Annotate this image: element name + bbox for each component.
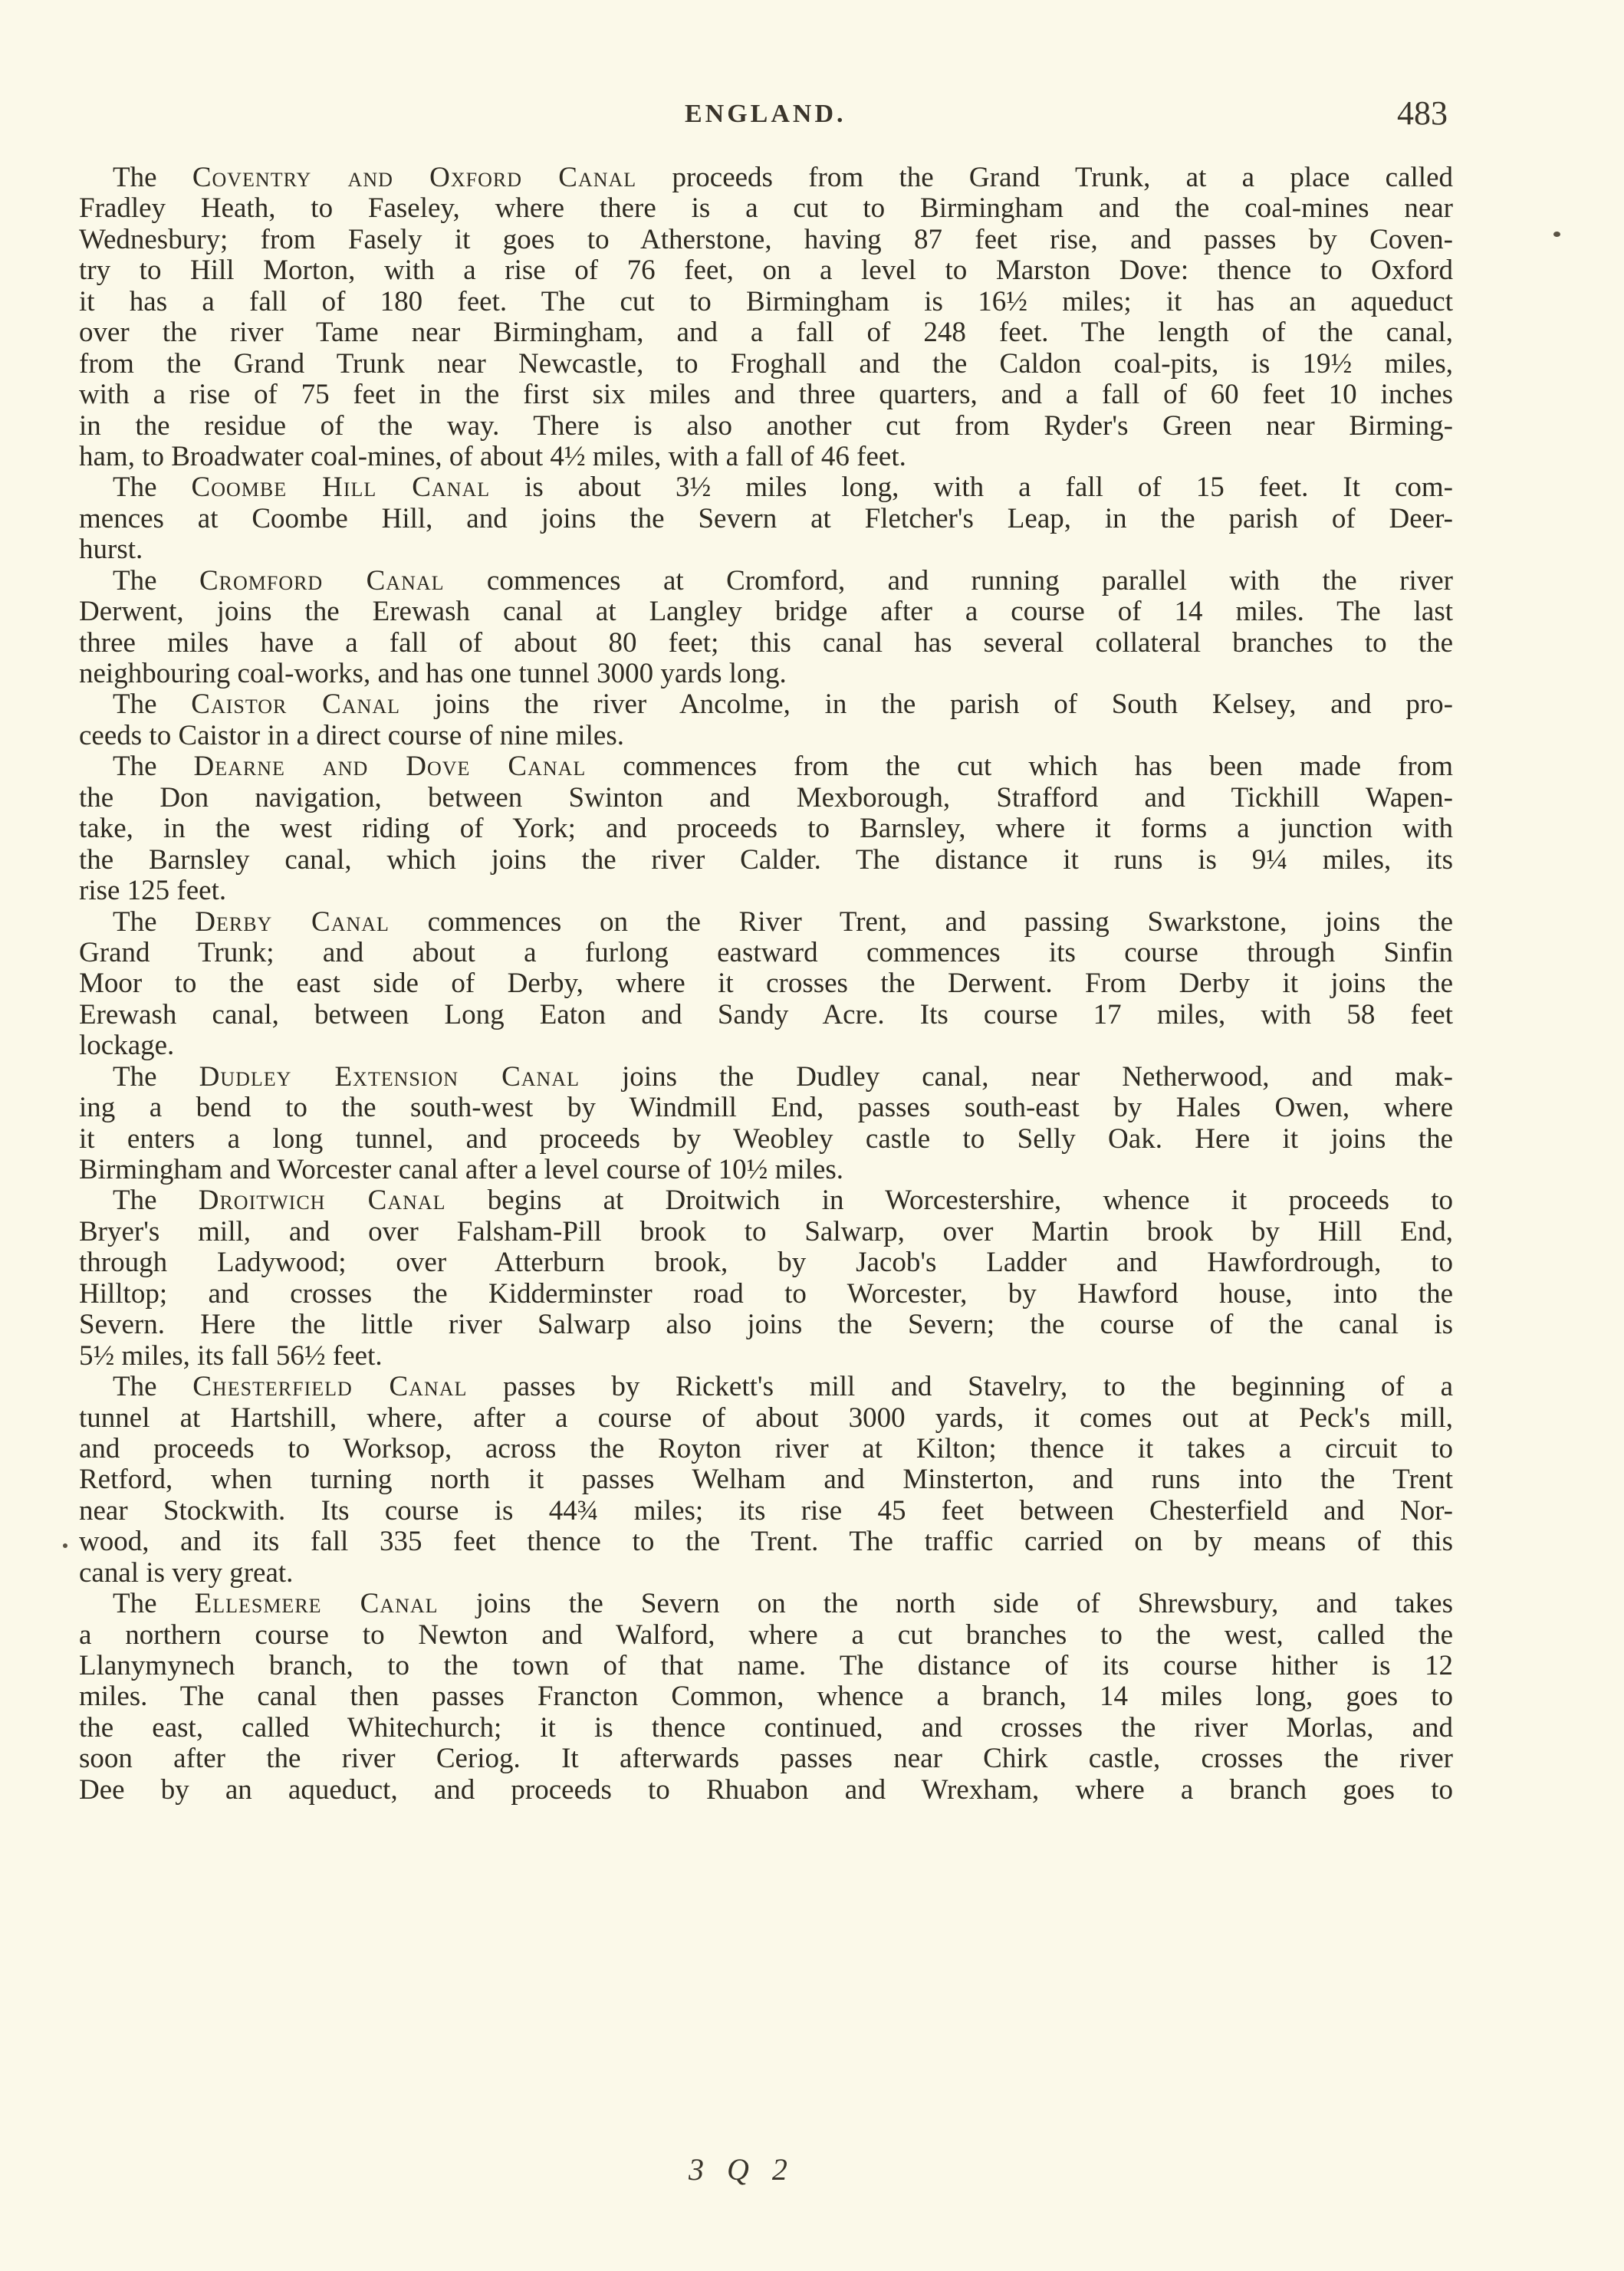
text-line: canal is very great. — [79, 1558, 1453, 1589]
text-line: The Dudley Extension Canal joins the Dud… — [79, 1062, 1453, 1093]
text-line: The Ellesmere Canal joins the Severn on … — [79, 1589, 1453, 1619]
paragraph-droitwich-canal: The Droitwich Canal begins at Droitwich … — [79, 1185, 1453, 1372]
text-line: Hilltop; and crosses the Kidderminster r… — [79, 1279, 1453, 1310]
text-line: The Chesterfield Canal passes by Rickett… — [79, 1372, 1453, 1402]
canal-name: Coombe Hill Canal — [192, 472, 491, 503]
text-line: The Caistor Canal joins the river Ancolm… — [79, 689, 1453, 720]
line-lead: The — [113, 1061, 199, 1093]
text-line: hurst. — [79, 534, 1453, 565]
line-rest: commences at Cromford, and running paral… — [445, 565, 1453, 597]
text-line: Severn. Here the little river Salwarp al… — [79, 1310, 1453, 1340]
text-line: Birmingham and Worcester canal after a l… — [79, 1155, 1453, 1185]
text-line: The Derby Canal commences on the River T… — [79, 907, 1453, 938]
canal-name: Droitwich Canal — [199, 1185, 446, 1216]
canal-name: Derby Canal — [195, 906, 390, 938]
text-line: it enters a long tunnel, and proceeds by… — [79, 1124, 1453, 1155]
text-line: through Ladywood; over Atterburn brook, … — [79, 1247, 1453, 1278]
line-rest: joins the river Ancolme, in the parish o… — [400, 689, 1453, 720]
running-head: ENGLAND. 483 — [0, 98, 1624, 132]
canal-name: Ellesmere Canal — [195, 1588, 439, 1619]
text-line: three miles have a fall of about 80 feet… — [79, 628, 1453, 659]
canal-name: Dudley Extension Canal — [199, 1061, 580, 1093]
text-line: Wednesbury; from Fasely it goes to Ather… — [79, 225, 1453, 255]
line-lead: The — [113, 751, 194, 782]
signature-mark: 3 Q 2 — [689, 2151, 795, 2187]
text-line: with a rise of 75 feet in the first six … — [79, 380, 1453, 410]
text-line: ing a bend to the south-west by Windmill… — [79, 1093, 1453, 1123]
line-lead: The — [113, 472, 192, 503]
line-lead: The — [113, 565, 199, 597]
line-lead: The — [113, 162, 192, 193]
text-line: Derwent, joins the Erewash canal at Lang… — [79, 597, 1453, 627]
body-text: The Coventry and Oxford Canal proceeds f… — [79, 163, 1453, 1806]
line-rest: begins at Droitwich in Worcestershire, w… — [446, 1185, 1453, 1216]
text-line: ceeds to Caistor in a direct course of n… — [79, 721, 1453, 751]
paragraph-cromford-canal: The Cromford Canal commences at Cromford… — [79, 566, 1453, 690]
text-line: over the river Tame near Birmingham, and… — [79, 317, 1453, 348]
text-line: from the Grand Trunk near Newcastle, to … — [79, 349, 1453, 380]
paragraph-coombe-hill-canal: The Coombe Hill Canal is about 3½ miles … — [79, 472, 1453, 565]
text-line: wood, and its fall 335 feet thence to th… — [79, 1527, 1453, 1557]
line-rest: joins the Severn on the north side of Sh… — [439, 1588, 1454, 1619]
text-line: in the residue of the way. There is also… — [79, 411, 1453, 442]
margin-speck — [1553, 232, 1560, 237]
line-lead: The — [113, 1588, 195, 1619]
text-line: Moor to the east side of Derby, where it… — [79, 968, 1453, 999]
text-line: try to Hill Morton, with a rise of 76 fe… — [79, 255, 1453, 286]
canal-name: Caistor Canal — [191, 689, 400, 720]
line-rest: commences from the cut which has been ma… — [586, 751, 1453, 782]
text-line: lockage. — [79, 1030, 1453, 1061]
text-line: Grand Trunk; and about a furlong eastwar… — [79, 938, 1453, 968]
text-line: rise 125 feet. — [79, 876, 1453, 906]
paragraph-dearne-and-dove-canal: The Dearne and Dove Canal commences from… — [79, 751, 1453, 906]
line-lead: The — [113, 689, 191, 720]
text-line: the east, called Whitechurch; it is then… — [79, 1713, 1453, 1744]
line-rest: joins the Dudley canal, near Netherwood,… — [580, 1061, 1453, 1093]
text-line: and proceeds to Worksop, across the Royt… — [79, 1434, 1453, 1464]
line-rest: passes by Rickett's mill and Stavelry, t… — [467, 1371, 1453, 1402]
text-line: the Barnsley canal, which joins the rive… — [79, 845, 1453, 876]
text-line: Dee by an aqueduct, and proceeds to Rhua… — [79, 1775, 1453, 1806]
text-line: ham, to Broadwater coal-mines, of about … — [79, 442, 1453, 472]
page-number: 483 — [1397, 94, 1448, 133]
text-line: Retford, when turning north it passes We… — [79, 1464, 1453, 1495]
text-line: Bryer's mill, and over Falsham-Pill broo… — [79, 1217, 1453, 1247]
text-line: miles. The canal then passes Francton Co… — [79, 1681, 1453, 1712]
canal-name: Coventry and Oxford Canal — [192, 162, 636, 193]
text-line: mences at Coombe Hill, and joins the Sev… — [79, 504, 1453, 534]
text-line: 5½ miles, its fall 56½ feet. — [79, 1341, 1453, 1372]
text-line: Llanymynech branch, to the town of that … — [79, 1651, 1453, 1681]
line-lead: The — [113, 1185, 199, 1216]
line-lead: The — [113, 906, 195, 938]
paragraph-derby-canal: The Derby Canal commences on the River T… — [79, 907, 1453, 1062]
text-line: a northern course to Newton and Walford,… — [79, 1620, 1453, 1651]
text-line: The Dearne and Dove Canal commences from… — [79, 751, 1453, 782]
text-line: soon after the river Ceriog. It afterwar… — [79, 1744, 1453, 1774]
text-line: the Don navigation, between Swinton and … — [79, 783, 1453, 813]
text-line: take, in the west riding of York; and pr… — [79, 813, 1453, 844]
text-line: it has a fall of 180 feet. The cut to Bi… — [79, 287, 1453, 317]
text-line: The Droitwich Canal begins at Droitwich … — [79, 1185, 1453, 1216]
text-line: tunnel at Hartshill, where, after a cour… — [79, 1403, 1453, 1434]
running-head-title: ENGLAND. — [685, 100, 847, 129]
text-line: The Coventry and Oxford Canal proceeds f… — [79, 163, 1453, 193]
paragraph-coventry-oxford-canal: The Coventry and Oxford Canal proceeds f… — [79, 163, 1453, 472]
book-page: ENGLAND. 483 The Coventry and Oxford Can… — [0, 0, 1624, 2271]
line-rest: commences on the River Trent, and passin… — [390, 906, 1453, 938]
line-rest: proceeds from the Grand Trunk, at a plac… — [636, 162, 1453, 193]
text-line: Erewash canal, between Long Eaton and Sa… — [79, 1000, 1453, 1030]
text-line: The Coombe Hill Canal is about 3½ miles … — [79, 472, 1453, 503]
margin-speck — [63, 1543, 67, 1548]
text-line: The Cromford Canal commences at Cromford… — [79, 566, 1453, 597]
text-line: Fradley Heath, to Faseley, where there i… — [79, 193, 1453, 224]
line-rest: is about 3½ miles long, with a fall of 1… — [490, 472, 1453, 503]
line-lead: The — [113, 1371, 192, 1402]
canal-name: Dearne and Dove Canal — [194, 751, 587, 782]
text-line: near Stockwith. Its course is 44¾ miles;… — [79, 1496, 1453, 1527]
canal-name: Cromford Canal — [199, 565, 445, 597]
paragraph-chesterfield-canal: The Chesterfield Canal passes by Rickett… — [79, 1372, 1453, 1589]
text-line: neighbouring coal-works, and has one tun… — [79, 659, 1453, 689]
paragraph-caistor-canal: The Caistor Canal joins the river Ancolm… — [79, 689, 1453, 751]
paragraph-ellesmere-canal: The Ellesmere Canal joins the Severn on … — [79, 1589, 1453, 1806]
paragraph-dudley-extension-canal: The Dudley Extension Canal joins the Dud… — [79, 1062, 1453, 1186]
canal-name: Chesterfield Canal — [192, 1371, 467, 1402]
